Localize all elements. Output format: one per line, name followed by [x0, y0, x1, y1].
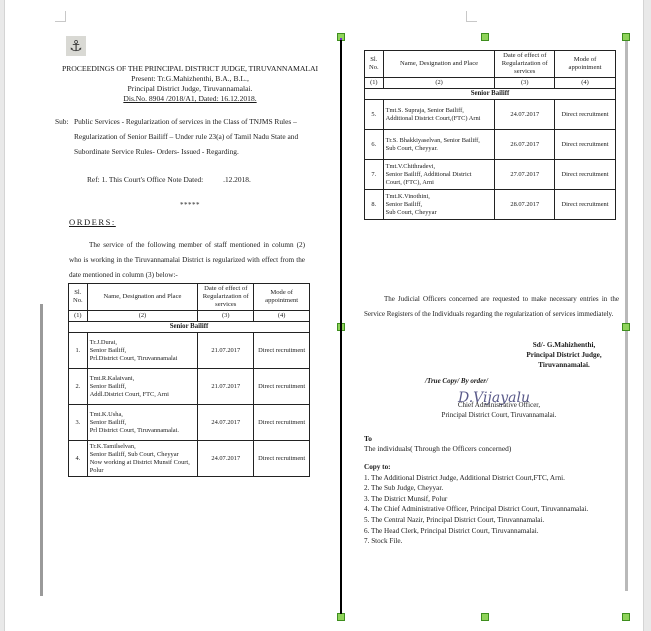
- category-row: Senior Bailiff: [365, 89, 616, 100]
- col-number: (4): [555, 78, 616, 89]
- row-date: 24.07.2017: [495, 100, 555, 130]
- row-name: Tmt.V.Chithradevi, Senior Bailiff, Addit…: [383, 160, 495, 190]
- present-line: Present: Tr.G.Mahizhenthi, B.A., B.L.,: [40, 74, 340, 84]
- resize-handle-bottom-right[interactable]: [622, 613, 630, 621]
- row-name: Tmt.R.Kalaivani, Senior Bailiff, Addl.Di…: [87, 369, 198, 405]
- table-row: 7.Tmt.V.Chithradevi, Senior Bailiff, Add…: [365, 160, 616, 190]
- resize-handle-top-right[interactable]: [622, 33, 630, 41]
- row-sl: 4.: [69, 441, 88, 477]
- row-date: 28.07.2017: [495, 190, 555, 220]
- row-mode: Direct recruitment: [254, 405, 310, 441]
- row-mode: Direct recruitment: [555, 100, 616, 130]
- col-number: (2): [87, 311, 198, 322]
- col-header-sl: Sl. No.: [69, 284, 88, 311]
- copy-to-item: 5. The Central Nazir, Principal District…: [364, 515, 626, 526]
- col-number: (4): [254, 311, 310, 322]
- col-number: (1): [69, 311, 88, 322]
- row-sl: 5.: [365, 100, 384, 130]
- resize-handle-bottom-left[interactable]: [337, 613, 345, 621]
- row-mode: Direct recruitment: [254, 441, 310, 477]
- row-date: 24.07.2017: [198, 405, 254, 441]
- col-header-mode: Mode of appointment: [254, 284, 310, 311]
- table-row: 5.Tmt.S. Supraja, Senior Bailiff, Additi…: [365, 100, 616, 130]
- copy-to-item: 1. The Additional District Judge, Additi…: [364, 473, 626, 484]
- judge-signature-block: Sd/- G.Mahizhenthi, Principal District J…: [510, 340, 618, 370]
- row-name: Tmt.K.Usha, Senior Bailiff, Prl District…: [87, 405, 198, 441]
- row-sl: 1.: [69, 333, 88, 369]
- row-date: 27.07.2017: [495, 160, 555, 190]
- selection-edge-line: [340, 40, 342, 614]
- table-row: 1.Tr.J.Durai, Senior Bailiff, Prl.Distri…: [69, 333, 310, 369]
- row-mode: Direct recruitment: [555, 190, 616, 220]
- row-name: Tr.K.Tamilselvan, Senior Bailiff, Sub Co…: [87, 441, 198, 477]
- resize-handle-bottom-center[interactable]: [481, 613, 489, 621]
- row-date: 24.07.2017: [198, 441, 254, 477]
- row-sl: 2.: [69, 369, 88, 405]
- row-sl: 6.: [365, 130, 384, 160]
- reference-block: Ref: 1. This Court's Office Note Dated: …: [87, 175, 251, 184]
- col-number: (3): [495, 78, 555, 89]
- separator-stars: *****: [40, 201, 340, 209]
- scan-shadow-edge: [40, 304, 43, 596]
- instruction-paragraph: The Judicial Officers concerned are requ…: [364, 292, 619, 322]
- page-margin-corner-top-left: [55, 11, 66, 22]
- reference-text: 1. This Court's Office Note Dated:: [102, 175, 204, 184]
- scan-right-edge: [625, 39, 628, 591]
- col-header-sl: Sl. No.: [365, 51, 384, 78]
- officer-block: Chief Administrative Officer, Principal …: [404, 400, 594, 420]
- reference-date: .12.2018.: [223, 175, 251, 184]
- to-block: To The individuals( Through the Officers…: [364, 434, 511, 454]
- row-mode: Direct recruitment: [555, 160, 616, 190]
- table-row: 2.Tmt.R.Kalaivani, Senior Bailiff, Addl.…: [69, 369, 310, 405]
- scan-left-page: ⚓ PROCEEDINGS OF THE PRINCIPAL DISTRICT …: [40, 34, 340, 596]
- subject-block: Sub: Public Services - Regularization of…: [55, 114, 317, 159]
- regularization-table-left: Sl. No. Name, Designation and Place Date…: [68, 283, 310, 477]
- designation-line: Principal District Judge, Tiruvannamalai…: [40, 84, 340, 94]
- orders-paragraph: The service of the following member of s…: [69, 238, 305, 283]
- reference-label: Ref:: [87, 175, 100, 184]
- copy-to-item: 3. The District Munsif, Polur: [364, 494, 626, 505]
- col-header-date: Date of effect of Regularization of serv…: [198, 284, 254, 311]
- copy-to-label: Copy to:: [364, 462, 626, 473]
- copy-to-item: 4. The Chief Administrative Officer, Pri…: [364, 504, 626, 515]
- proceedings-title: PROCEEDINGS OF THE PRINCIPAL DISTRICT JU…: [40, 64, 340, 74]
- proceedings-header: PROCEEDINGS OF THE PRINCIPAL DISTRICT JU…: [40, 64, 340, 104]
- orders-heading: ORDERS:: [69, 217, 116, 227]
- row-date: 21.07.2017: [198, 369, 254, 405]
- copy-to-item: 6. The Head Clerk, Principal District Co…: [364, 526, 626, 537]
- col-header-name: Name, Designation and Place: [87, 284, 198, 311]
- anchor-emblem-icon: ⚓: [66, 36, 86, 56]
- col-header-name: Name, Designation and Place: [383, 51, 495, 78]
- row-name: Tmt.K.Vinothini, Senior Bailiff, Sub Cou…: [383, 190, 495, 220]
- row-sl: 7.: [365, 160, 384, 190]
- table-row: 8.Tmt.K.Vinothini, Senior Bailiff, Sub C…: [365, 190, 616, 220]
- col-number: (3): [198, 311, 254, 322]
- resize-handle-top-center[interactable]: [481, 33, 489, 41]
- row-mode: Direct recruitment: [254, 369, 310, 405]
- row-sl: 3.: [69, 405, 88, 441]
- scan-right-page: Sl. No. Name, Designation and Place Date…: [342, 34, 630, 596]
- row-name: Tr.S. Bhakkiyaselvan, Senior Bailiff, Su…: [383, 130, 495, 160]
- copy-to-item: 7. Stock File.: [364, 536, 626, 547]
- col-header-mode: Mode of appointment: [555, 51, 616, 78]
- col-header-date: Date of effect of Regularization of serv…: [495, 51, 555, 78]
- copy-to-item: 2. The Sub Judge, Cheyyar.: [364, 483, 626, 494]
- scanned-image[interactable]: ⚓ PROCEEDINGS OF THE PRINCIPAL DISTRICT …: [40, 34, 630, 596]
- subject-text: Public Services - Regularization of serv…: [74, 114, 317, 159]
- row-sl: 8.: [365, 190, 384, 220]
- table-row: 3.Tmt.K.Usha, Senior Bailiff, Prl Distri…: [69, 405, 310, 441]
- dis-no-line: Dis.No. 8904 /2018/A1, Dated: 16.12.2018…: [40, 94, 340, 104]
- row-date: 21.07.2017: [198, 333, 254, 369]
- row-name: Tr.J.Durai, Senior Bailiff, Prl.District…: [87, 333, 198, 369]
- col-number: (2): [383, 78, 495, 89]
- table-row: 4.Tr.K.Tamilselvan, Senior Bailiff, Sub …: [69, 441, 310, 477]
- copy-to-block: Copy to: 1. The Additional District Judg…: [364, 462, 626, 547]
- table-row: 6.Tr.S. Bhakkiyaselvan, Senior Bailiff, …: [365, 130, 616, 160]
- resize-handle-middle-right[interactable]: [622, 323, 630, 331]
- row-date: 26.07.2017: [495, 130, 555, 160]
- true-copy-line: /True Copy/ By order/: [425, 377, 488, 385]
- row-name: Tmt.S. Supraja, Senior Bailiff, Addition…: [383, 100, 495, 130]
- row-mode: Direct recruitment: [254, 333, 310, 369]
- col-number: (1): [365, 78, 384, 89]
- row-mode: Direct recruitment: [555, 130, 616, 160]
- regularization-table-right: Sl. No. Name, Designation and Place Date…: [364, 50, 616, 220]
- page-margin-corner-top-right: [466, 11, 477, 22]
- category-row: Senior Bailiff: [69, 322, 310, 333]
- subject-label: Sub:: [55, 114, 69, 129]
